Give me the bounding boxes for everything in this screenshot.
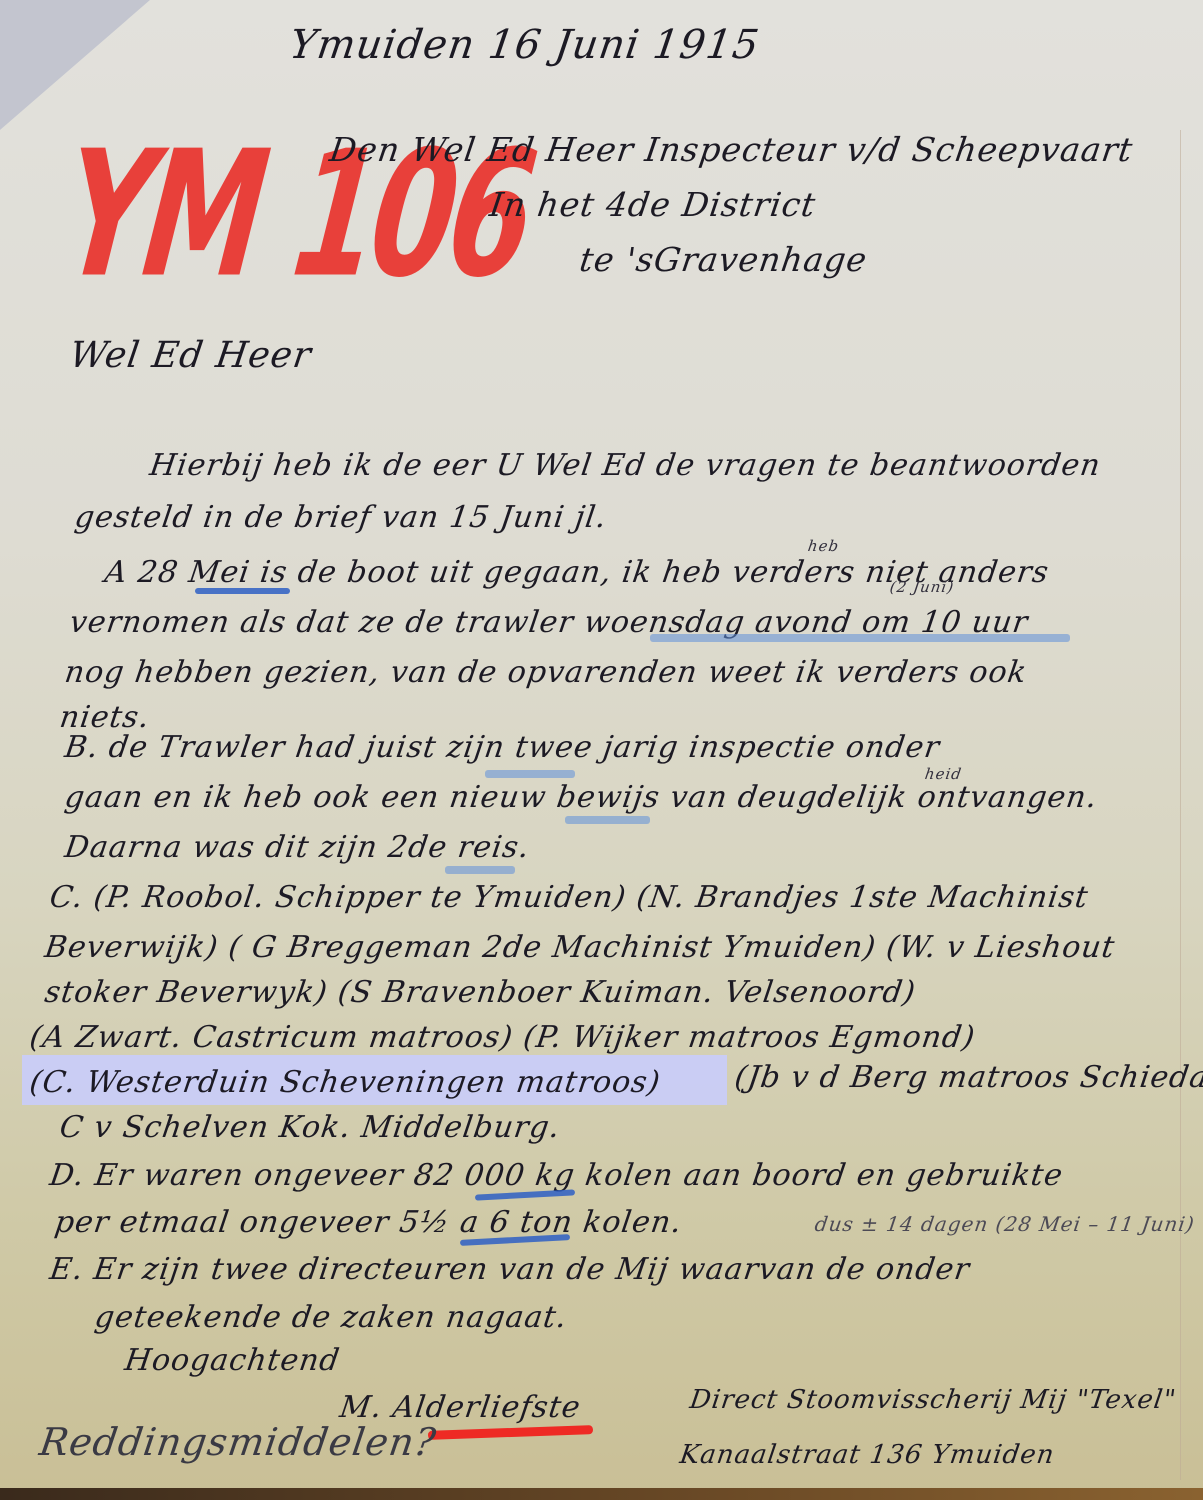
signature-address: Kanaalstraat 136 Ymuiden <box>678 1440 1057 1470</box>
answer-e-line-1: E. Er zijn twee directeuren van de Mij w… <box>48 1252 973 1287</box>
blue-underline-woensdag-avond <box>650 634 1070 642</box>
answer-c-line-5-highlighted: (C. Westerduin Scheveningen matroos) <box>28 1065 663 1100</box>
addressee-line-1: Den Wel Ed Heer Inspecteur v/d Scheepvaa… <box>327 130 1135 169</box>
addressee-line-2: In het 4de District <box>487 185 818 224</box>
answer-d-pencil-note: dus ± 14 dagen (28 Mei – 11 Juni) <box>813 1212 1196 1236</box>
closing: Hoogachtend <box>123 1343 343 1378</box>
answer-c-line-4: (A Zwart. Castricum matroos) (P. Wijker … <box>28 1020 978 1055</box>
answer-c-line-6: C v Schelven Kok. Middelburg. <box>58 1110 563 1145</box>
answer-c-line-5-rest: (Jb v d Berg matroos Schiedam <box>733 1060 1203 1095</box>
answer-a-line-3: nog hebben gezien, van de opvarenden wee… <box>63 655 1030 690</box>
answer-b-line-2: gaan en ik heb ook een nieuw bewijs van … <box>63 780 1100 815</box>
blue-underline-28-mei <box>195 588 290 594</box>
answer-b-line-1: B. de Trawler had juist zijn twee jarig … <box>63 730 943 765</box>
answer-a-insert: heb <box>807 537 841 555</box>
answer-e-line-2: geteekende de zaken nagaat. <box>93 1300 570 1335</box>
paper-bottom-edge <box>0 1488 1203 1500</box>
paper-margin-line <box>1180 130 1181 1480</box>
pencil-margin-note: Reddingsmiddelen? <box>37 1420 439 1464</box>
blue-underline-juist <box>485 770 575 778</box>
intro-line-1: Hierbij heb ik de eer U Wel Ed de vragen… <box>148 448 1104 483</box>
answer-c-line-1: C. (P. Roobol. Schipper te Ymuiden) (N. … <box>48 880 1091 915</box>
answer-d-line-1: D. Er waren ongeveer 82 000 kg kolen aan… <box>48 1158 1066 1193</box>
answer-c-line-3: stoker Beverwyk) (S Bravenboer Kuiman. V… <box>43 975 919 1010</box>
signature-title: Direct Stoomvisscherij Mij "Texel" <box>688 1385 1178 1415</box>
blue-underline-nieuw <box>565 816 650 824</box>
place-date: Ymuiden 16 Juni 1915 <box>287 22 763 68</box>
salutation: Wel Ed Heer <box>67 335 314 376</box>
answer-a-date-insert: (2 Juni) <box>889 578 956 596</box>
addressee-line-3: te 'sGravenhage <box>577 240 870 279</box>
answer-d-line-2: per etmaal ongeveer 5½ a 6 ton kolen. <box>53 1205 685 1240</box>
blue-underline-2de <box>445 866 515 874</box>
answer-b-line-3: Daarna was dit zijn 2de reis. <box>63 830 532 865</box>
intro-line-2: gesteld in de brief van 15 Juni jl. <box>73 500 610 535</box>
answer-c-line-2: Beverwijk) ( G Breggeman 2de Machinist Y… <box>43 930 1118 965</box>
